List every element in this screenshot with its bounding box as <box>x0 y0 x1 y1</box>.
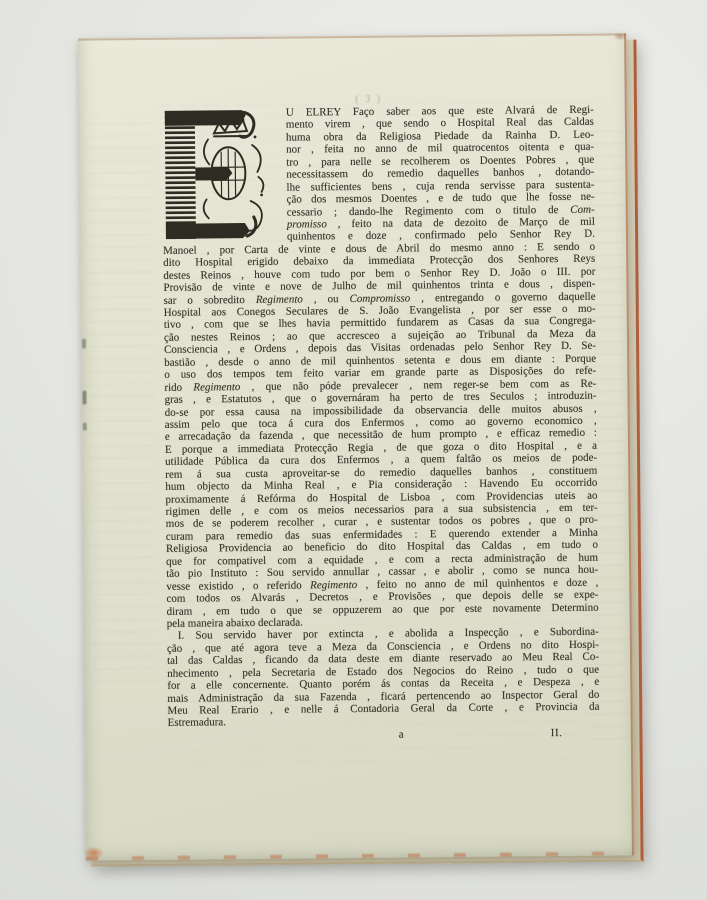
woodcut-initial-e-icon <box>162 107 279 242</box>
drop-cap-initial <box>162 107 284 244</box>
showthrough-texture <box>87 122 158 683</box>
binding-stitch <box>83 423 87 431</box>
signature-line: a II. <box>168 727 600 744</box>
photo-background: ( 3 ) <box>0 0 707 900</box>
corner-edge-tint-bottom-left <box>84 846 104 859</box>
text-block: U ELREY Faço saber aos que este Alvará d… <box>162 104 600 744</box>
corner-edge-tint-top-right <box>613 32 627 40</box>
page-number-showthrough: ( 3 ) <box>329 93 409 105</box>
page-edge-top-tint <box>78 33 626 40</box>
binding-stitch <box>82 391 86 405</box>
catchword: a <box>399 728 404 741</box>
document-page: ( 3 ) <box>78 33 634 860</box>
paragraph-1-rest: Manoel , por Carta de vinte e dous de Ab… <box>163 241 599 631</box>
gathering-signature: II. <box>551 727 563 740</box>
binding-stitch <box>82 339 86 349</box>
paragraph-2: I. Sou servido haver por extincta , e ab… <box>167 626 600 730</box>
